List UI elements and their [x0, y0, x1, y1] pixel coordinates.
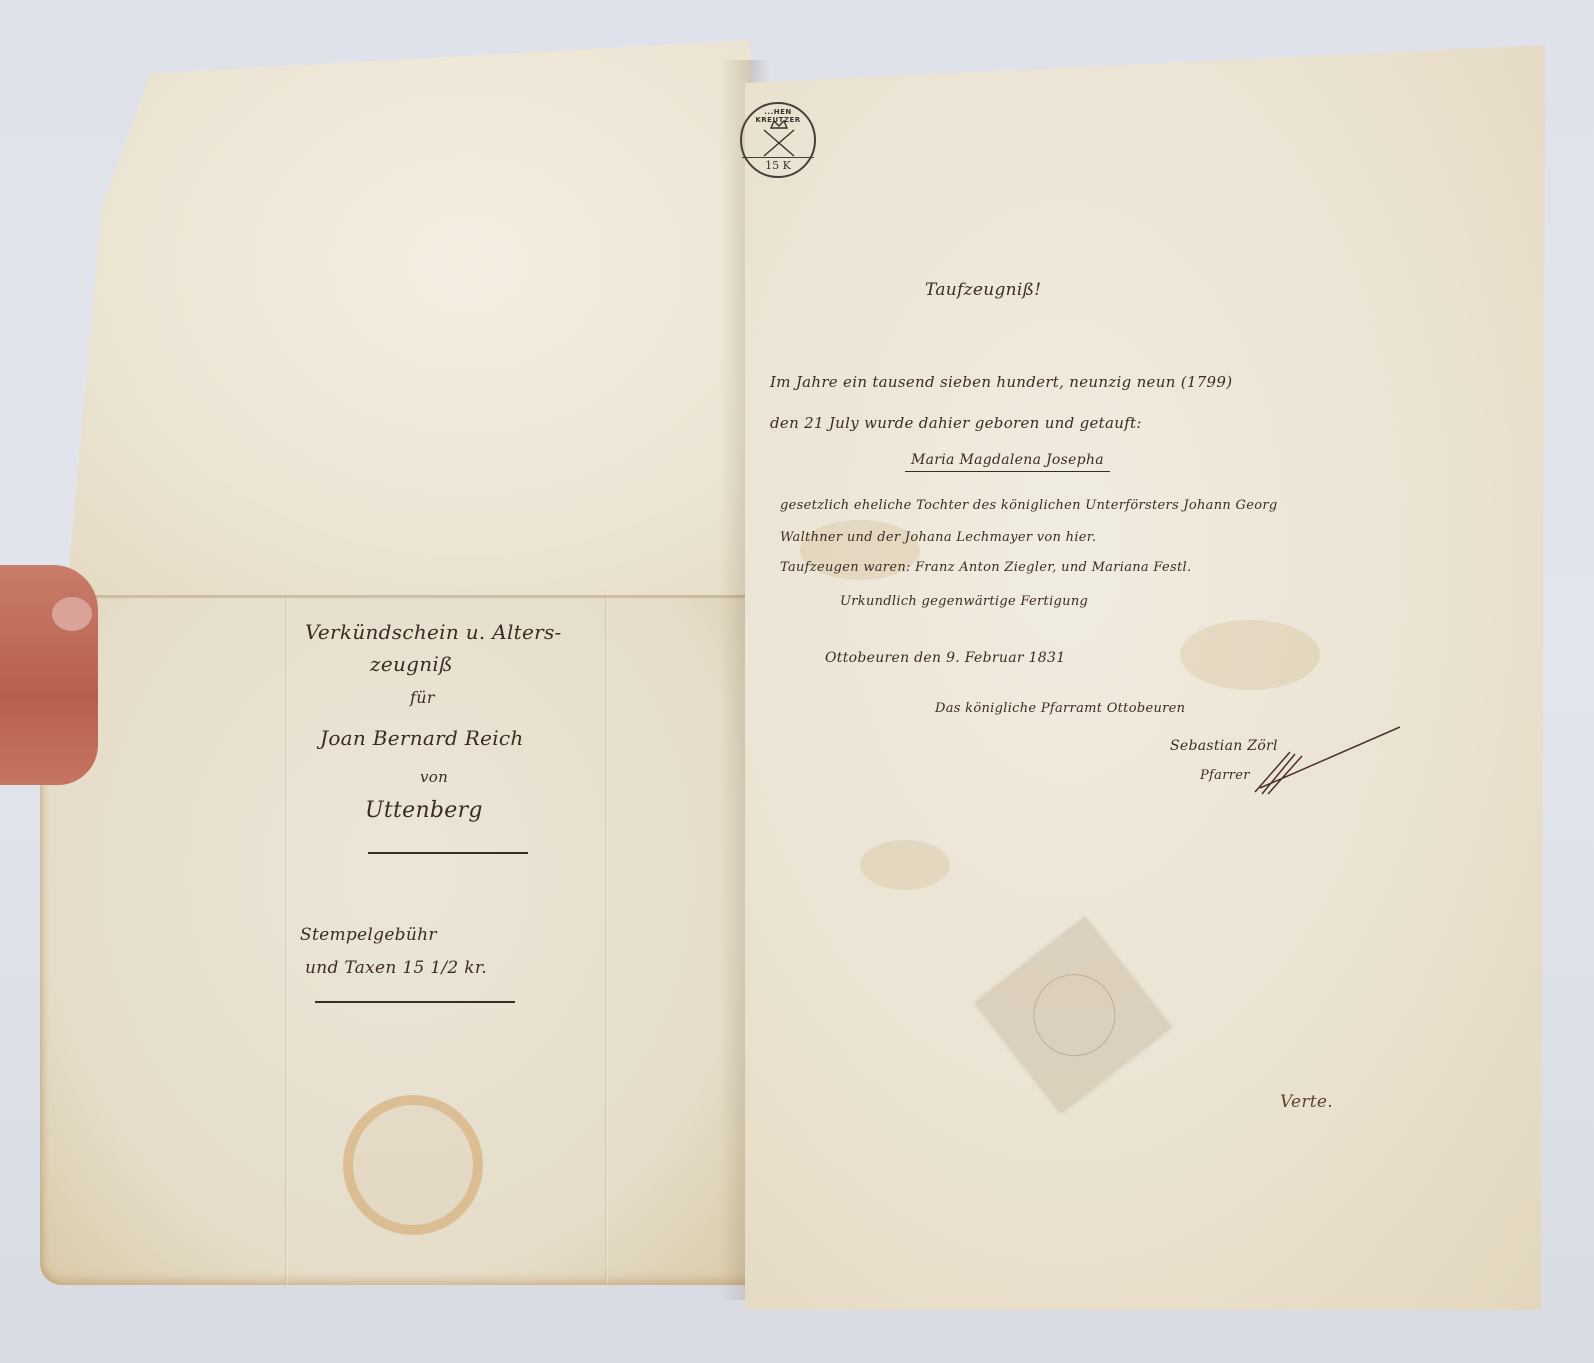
place-date: Ottobeuren den 9. Februar 1831: [825, 650, 1065, 666]
cover-name: Joan Bernard Reich: [320, 726, 524, 750]
document-title: Taufzeugniß!: [925, 280, 1041, 300]
baptized-name: Maria Magdalena Josepha: [905, 452, 1110, 472]
hand-thumb: [0, 565, 98, 785]
fee-line-1: Stempelgebühr: [300, 925, 437, 945]
flourish-line: [315, 1001, 515, 1003]
text-line-4: gesetzlich eheliche Tochter des königlic…: [780, 498, 1277, 513]
crown-crossed-swords-icon: [760, 118, 798, 158]
fold-line: [605, 595, 608, 1285]
cover-line-5: von: [420, 768, 448, 786]
text-line-1: Im Jahre ein tausend sieben hundert, neu…: [770, 373, 1232, 391]
text-line-7: Urkundlich gegenwärtige Fertigung: [840, 594, 1088, 609]
text-line-6: Taufzeugen waren: Franz Anton Ziegler, u…: [780, 560, 1191, 575]
signature-flourish-icon: [1250, 722, 1410, 806]
flourish-line: [368, 852, 528, 854]
issuing-office: Das königliche Pfarramt Ottobeuren: [935, 701, 1185, 716]
cover-line-2: zeugniß: [370, 652, 453, 676]
cover-place: Uttenberg: [365, 798, 483, 823]
verte-note: Verte.: [1280, 1092, 1333, 1112]
tax-stamp: ...HEN KREUTZER 15 K: [740, 102, 816, 178]
cover-line-1: Verkündschein u. Alters-: [305, 620, 562, 644]
cover-line-3: für: [410, 688, 435, 707]
text-line-5: Walthner und der Johana Lechmayer von hi…: [780, 530, 1096, 545]
stamp-value: 15 K: [742, 157, 814, 172]
wax-seal-stain: [343, 1095, 483, 1235]
text-line-2: den 21 July wurde dahier geboren und get…: [770, 414, 1142, 432]
fold-line: [40, 595, 755, 598]
signature-title: Pfarrer: [1200, 768, 1250, 783]
fee-line-2: und Taxen 15 1/2 kr.: [305, 958, 487, 978]
fold-line: [285, 595, 288, 1285]
left-page-upper: [45, 40, 750, 600]
right-page: [745, 45, 1545, 1310]
